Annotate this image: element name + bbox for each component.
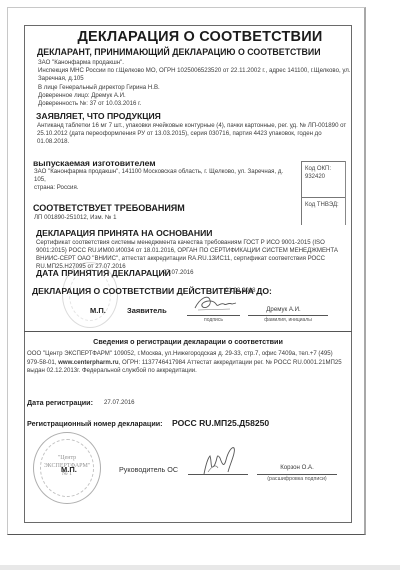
requirements-value: ЛП 001890-251012, Изм. № 1 <box>34 214 117 222</box>
org-ogrn: , ОГРН: 1137746417984 Аттестат аккредита… <box>119 359 342 366</box>
basis-heading: ДЕКЛАРАЦИЯ ПРИНЯТА НА ОСНОВАНИИ <box>36 228 212 238</box>
basis-line: Сертификат соответствия системы менеджме… <box>36 239 338 247</box>
tnved-code-box: Код ТНВЭД: <box>301 197 346 225</box>
registration-org-line: ООО "Центр ЭКСПЕРТФАРМ" 109052, г.Москва… <box>27 350 342 359</box>
applicant-name-line <box>248 315 328 316</box>
os-signature-line <box>188 474 248 475</box>
applicant-signature-line <box>187 315 240 316</box>
declarant-line: В лице Генеральный директор Гирина Н.В. <box>38 84 351 92</box>
okp-label: Код ОКП: <box>305 165 343 173</box>
page-bottom-edge <box>0 565 400 570</box>
manufacturer-heading: выпускаемая изготовителем <box>33 158 156 168</box>
manufacturer-line: страна: Россия. <box>34 184 283 192</box>
registration-number-value: РОСС RU.МП25.Д58250 <box>172 418 269 428</box>
os-mp-label: М.П. <box>61 465 77 474</box>
manufacturer-details: ЗАО "Канонфарма продакшн", 141100 Москов… <box>34 168 283 193</box>
org-phone-tail: 979-58-01, <box>27 359 58 366</box>
registration-org-line: выдан 02.12.2013г. Федеральной службой п… <box>27 367 342 376</box>
product-line: 01.08.2018. <box>37 138 346 146</box>
product-details: Антиканд таблетки 16 мг 7 шт., упаковки … <box>37 122 346 147</box>
tnved-label: Код ТНВЭД: <box>305 201 343 209</box>
okp-value: 932420 <box>305 173 343 181</box>
os-name-line <box>257 474 337 475</box>
registration-date-label: Дата регистрации: <box>27 398 93 407</box>
applicant-name: Дремук А.И. <box>257 306 310 315</box>
basis-line: 9001:2015) РОСС RU.ИМ00.И0034 от 18.01.2… <box>36 247 338 255</box>
code-column-divider <box>345 161 346 225</box>
requirements-heading: СООТВЕТСТВУЕТ ТРЕБОВАНИЯМ <box>33 203 185 213</box>
basis-line: ВНИИС-СЕРТ ОАО "ВНИИС", аттестат аккреди… <box>36 255 338 263</box>
applicant-signature-icon <box>190 292 240 314</box>
registration-org-details: ООО "Центр ЭКСПЕРТФАРМ" 109052, г.Москва… <box>27 350 342 376</box>
org-website-link[interactable]: www.centerpharm.ru <box>58 359 118 366</box>
declarant-line: Инспекция МНС России по г.Щелково МО, ОГ… <box>38 67 351 75</box>
registration-date-value: 27.07.2016 <box>104 399 135 408</box>
declarant-details: ЗАО "Канонфарма продакшн". Инспекция МНС… <box>38 59 351 108</box>
product-line: 25.10.2012 (дата переоформления РУ от 13… <box>37 130 346 138</box>
declarant-line: Заречная, д.105 <box>38 75 351 83</box>
product-heading: ЗАЯВЛЯЕТ, ЧТО ПРОДУКЦИЯ <box>36 111 161 121</box>
manufacturer-line: 105, <box>34 176 283 184</box>
os-name: Корзон О.А. <box>257 464 337 473</box>
registration-org-line: 979-58-01, www.centerpharm.ru, ОГРН: 113… <box>27 359 342 368</box>
applicant-role-label: Заявитель <box>127 306 167 315</box>
declarant-heading: ДЕКЛАРАНТ, ПРИНИМАЮЩИЙ ДЕКЛАРАЦИЮ О СООТ… <box>37 47 321 57</box>
document-title: ДЕКЛАРАЦИЯ О СООТВЕТСТВИИ <box>0 29 400 45</box>
section-divider <box>24 331 352 332</box>
stamp-text: "Центр <box>34 455 100 461</box>
name-caption: фамилия, инициалы <box>248 317 328 323</box>
okp-code-box: Код ОКП: 932420 <box>301 161 346 197</box>
registration-number-label: Регистрационный номер декларации: <box>27 419 163 428</box>
os-signature-icon <box>198 444 244 478</box>
os-role-label: Руководитель ОС <box>119 465 178 474</box>
os-name-caption: (расшифровка подписи) <box>257 476 337 482</box>
registration-heading: Сведения о регистрации декларации о соот… <box>0 337 376 346</box>
acceptance-date-value: 27.07.2016 <box>163 269 194 278</box>
product-line: Антиканд таблетки 16 мг 7 шт., упаковки … <box>37 122 346 130</box>
signature-caption: подпись <box>187 317 240 323</box>
declarant-line: ЗАО "Канонфарма продакшн". <box>38 59 351 67</box>
applicant-mp-label: М.П. <box>90 306 106 315</box>
declarant-line: Доверенность №: 37 от 10.03.2016 г. <box>38 100 351 108</box>
manufacturer-line: ЗАО "Канонфарма продакшн", 141100 Москов… <box>34 168 283 176</box>
declarant-line: Доверенное лицо: Дремук А.И. <box>38 92 351 100</box>
